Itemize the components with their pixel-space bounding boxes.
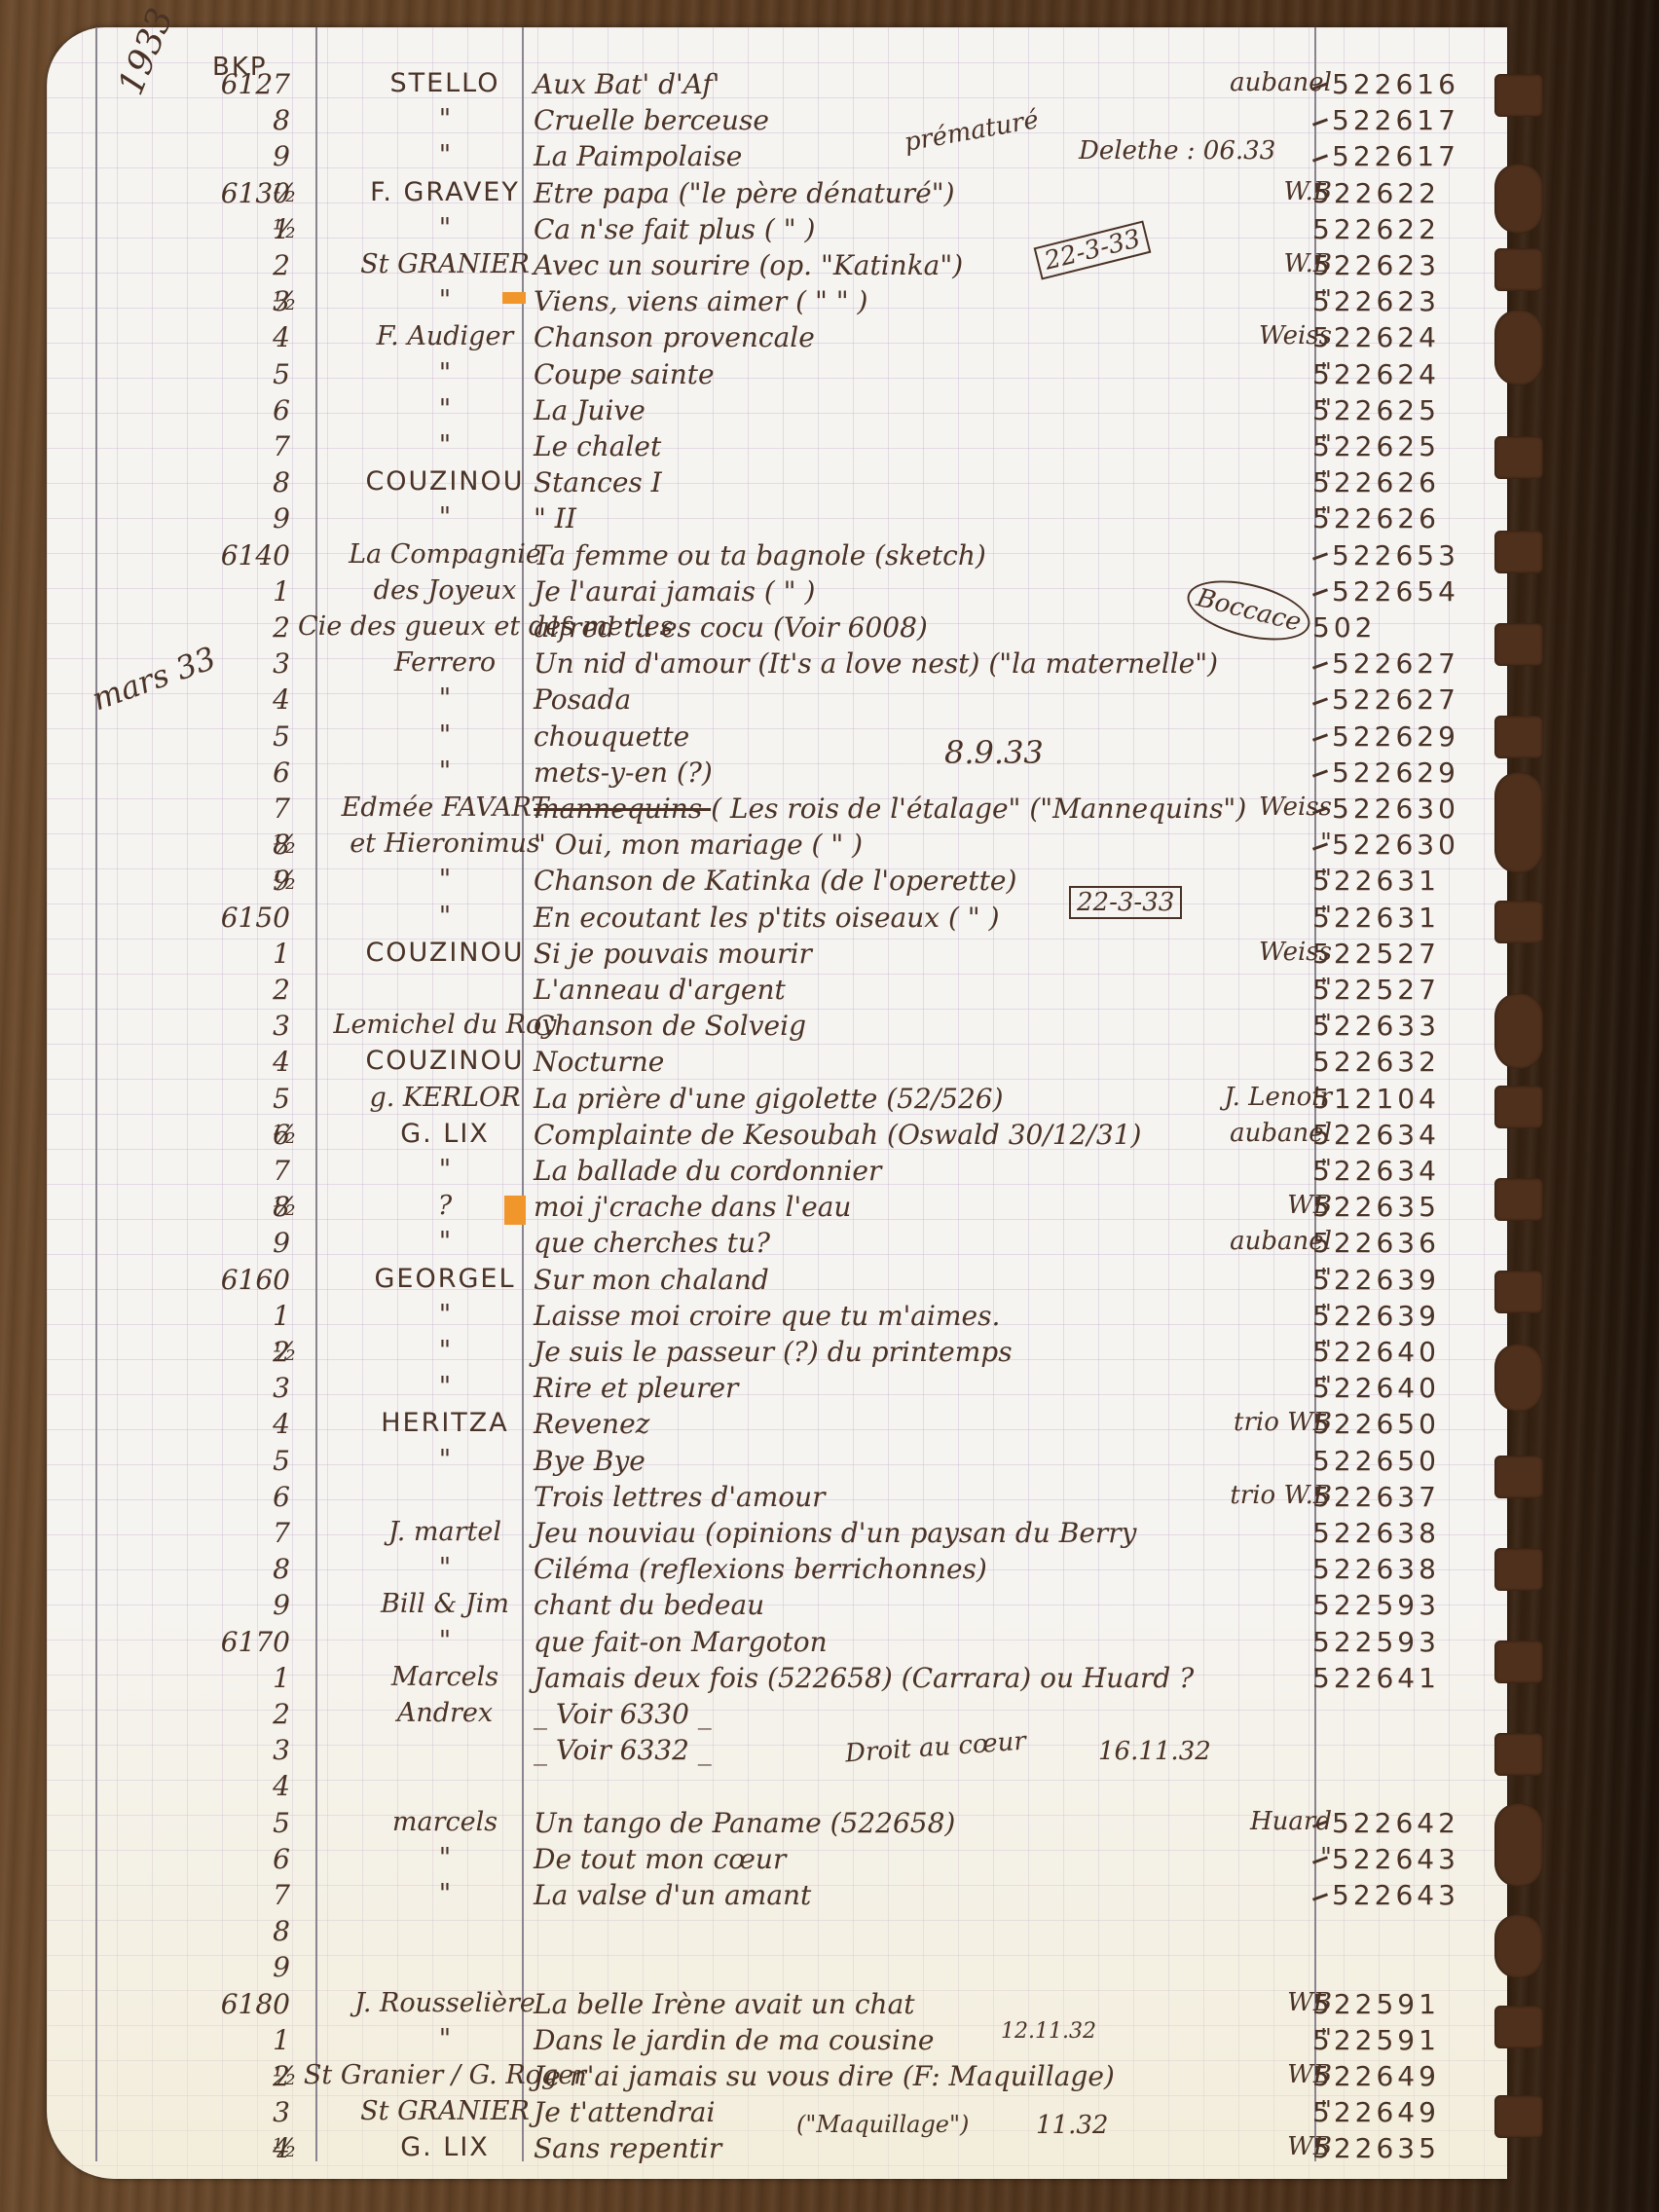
binder-hole [1494, 2006, 1543, 2048]
matrix-number-value: 522634 [1312, 1119, 1440, 1151]
title-text: Nocturne [534, 1046, 664, 1078]
struck-title: mannequins [534, 793, 711, 825]
song-title: Aux Bat' d'Af' [534, 68, 1215, 100]
title-text: Un nid d'amour (It's a love nest) ("la m… [534, 647, 1218, 680]
ledger-row: 6Trois lettres d'amourtrio W.B522637 [47, 1481, 1507, 1517]
ledger-row: 4½G. LIXSans repentirWB522635 [47, 2132, 1507, 2168]
matrix-number-value: 522637 [1312, 1481, 1440, 1513]
title-text: Coupe sainte [534, 358, 715, 390]
title-text: Laisse moi croire que tu m'aimes. [534, 1300, 1000, 1332]
matrix-number: 522630 [1312, 793, 1488, 825]
song-title: Chanson de Solveig [534, 1010, 1215, 1042]
song-title: Coupe sainte [534, 358, 1215, 390]
matrix-number: 522633 [1312, 1010, 1488, 1042]
matrix-number: 522622 [1312, 177, 1488, 209]
check-dash-mark [1312, 770, 1328, 778]
binder-hole [1494, 310, 1543, 386]
matrix-number: 522643 [1312, 1879, 1488, 1911]
matrix-number: 522593 [1312, 1626, 1488, 1658]
matrix-number-value: 522654 [1332, 575, 1459, 608]
matrix-number: 522626 [1312, 466, 1488, 498]
matrix-number: 522624 [1312, 321, 1488, 353]
matrix-number-value: 522629 [1332, 756, 1459, 789]
matrix-number: 522641 [1312, 1662, 1488, 1694]
matrix-number: 522629 [1312, 720, 1488, 753]
title-text: La prière d'une gigolette (52/526) [534, 1083, 1004, 1115]
title-text: " II [534, 502, 576, 535]
matrix-number-value: 522625 [1312, 394, 1440, 426]
title-text: Je suis le passeur (?) du printemps [534, 1336, 1013, 1368]
catalogue-number: 1 [173, 938, 290, 970]
matrix-number-value: 522626 [1312, 502, 1440, 535]
catalogue-number: 5 [173, 1083, 290, 1115]
song-title: Laisse moi croire que tu m'aimes. [534, 1300, 1215, 1332]
binder-hole [1494, 436, 1543, 479]
title-text: L'anneau d'argent [534, 974, 786, 1006]
check-dash-mark [1312, 1857, 1328, 1864]
title-text: La ballade du cordonnier [534, 1155, 881, 1187]
publisher: " [1196, 502, 1332, 532]
ledger-row: 6170"que fait-on Margoton522593 [47, 1626, 1507, 1662]
matrix-number-value: 522638 [1312, 1517, 1440, 1549]
matrix-number-value: 522650 [1312, 1408, 1440, 1440]
title-text: La belle Irène avait un chat [534, 1988, 915, 2020]
catalogue-number: 6180 [173, 1988, 290, 2020]
check-dash-mark [1312, 118, 1328, 126]
matrix-number-value: 522631 [1312, 902, 1440, 934]
publisher: " [1196, 902, 1332, 931]
catalogue-number: 7 [173, 1517, 290, 1549]
ledger-row: 4 [47, 1770, 1507, 1806]
song-title: Ta femme ou ta bagnole (sketch) [534, 539, 1215, 571]
ledger-row: 2½St Granier / G. RogerJe n'ai jamais su… [47, 2060, 1507, 2096]
publisher: " [1196, 974, 1332, 1003]
matrix-number-value: 522639 [1312, 1264, 1440, 1296]
title-text: Bye Bye [534, 1445, 645, 1477]
matrix-number-value: 522649 [1312, 2060, 1440, 2092]
matrix-number-value: 522635 [1312, 1191, 1440, 1223]
song-title: chant du bedeau [534, 1589, 1215, 1621]
matrix-number: 522622 [1312, 213, 1488, 245]
matrix-number-value: 512104 [1312, 1083, 1440, 1115]
song-title: Sur mon chaland [534, 1264, 1215, 1296]
ledger-row: 9 [47, 1951, 1507, 1987]
annotation-delethe: Delethe : 06.33 [1079, 136, 1275, 166]
title-text: Aux Bat' d'Af' [534, 68, 719, 100]
check-dash-mark [1312, 82, 1328, 90]
catalogue-number: 3 [173, 1734, 290, 1766]
publisher: " [1196, 1264, 1332, 1293]
publisher: Weiss [1196, 938, 1332, 967]
song-title: Viens, viens aimer ( " " ) [534, 285, 1215, 317]
publisher: J. Lenoir [1196, 1083, 1332, 1112]
matrix-number: 522649 [1312, 2060, 1488, 2092]
song-title: Je l'aurai jamais ( " ) [534, 575, 1215, 608]
matrix-number: 522591 [1312, 2024, 1488, 2056]
matrix-number-value: 502 [1312, 611, 1376, 644]
catalogue-number: 4 [173, 683, 290, 716]
matrix-number: 522627 [1312, 647, 1488, 680]
ledger-row: 7"La ballade du cordonnier"522634 [47, 1155, 1507, 1191]
title-text: Rire et pleurer [534, 1372, 738, 1404]
catalogue-number: 3 [173, 1372, 290, 1404]
matrix-number-value: 522632 [1312, 1046, 1440, 1078]
matrix-number: 522638 [1312, 1553, 1488, 1585]
matrix-number-value: 522626 [1312, 466, 1440, 498]
song-title: Si je pouvais mourir [534, 938, 1215, 970]
publisher: " [1196, 2096, 1332, 2125]
binder-hole [1494, 1641, 1543, 1683]
catalogue-number: 6170 [173, 1626, 290, 1658]
catalogue-number: 3 [173, 647, 290, 680]
annotation-date-box: 22-3-33 [1069, 886, 1182, 919]
title-text: Sur mon chaland [534, 1264, 769, 1296]
ledger-row: 1"Laisse moi croire que tu m'aimes."5226… [47, 1300, 1507, 1336]
catalogue-number: 7 [173, 793, 290, 825]
catalogue-number: 6 [173, 1843, 290, 1875]
matrix-number: 512104 [1312, 1083, 1488, 1115]
song-title: que fait-on Margoton [534, 1626, 1215, 1658]
song-title: " Oui, mon mariage ( " ) [534, 829, 1215, 861]
title-text: Viens, viens aimer ( " " ) [534, 285, 867, 317]
song-title: La valse d'un amant [534, 1879, 1215, 1911]
matrix-number-value: 522623 [1312, 285, 1440, 317]
check-dash-mark [1312, 806, 1328, 814]
catalogue-number: 5 [173, 1807, 290, 1839]
title-text: chouquette [534, 720, 689, 753]
ledger-row: 2½"Je suis le passeur (?) du printemps"5… [47, 1336, 1507, 1372]
catalogue-number: 7 [173, 1879, 290, 1911]
matrix-number-value: 522635 [1312, 2132, 1440, 2164]
ledger-row: 6160GEORGELSur mon chaland"522639 [47, 1264, 1507, 1300]
matrix-number-value: 522631 [1312, 865, 1440, 897]
song-title: moi j'crache dans l'eau [534, 1191, 1215, 1223]
binder-hole [1494, 164, 1543, 234]
matrix-number: 522636 [1312, 1227, 1488, 1259]
matrix-number: 522640 [1312, 1336, 1488, 1368]
matrix-number-value: 522640 [1312, 1372, 1440, 1404]
publisher: " [1196, 430, 1332, 460]
catalogue-number: 7 [173, 430, 290, 462]
title-text: Stances I [534, 466, 662, 498]
matrix-number-value: 522630 [1332, 829, 1459, 861]
publisher: " [1196, 394, 1332, 424]
annotation-date-maternelle: 8.9.33 [944, 734, 1044, 771]
matrix-number: 522643 [1312, 1843, 1488, 1875]
matrix-number-value: 522641 [1312, 1662, 1440, 1694]
title-text: Etre papa ("le père dénaturé") [534, 177, 955, 209]
song-title: La ballade du cordonnier [534, 1155, 1215, 1187]
ledger-row: 2St GRANIERAvec un sourire (op. "Katinka… [47, 249, 1507, 285]
ledger-row: 6180J. RousselièreLa belle Irène avait u… [47, 1988, 1507, 2024]
title-text: Chanson de Katinka (de l'operette) [534, 865, 1016, 897]
publisher: " [1196, 358, 1332, 387]
song-title: Posada [534, 683, 1215, 716]
title-text: chant du bedeau [534, 1589, 764, 1621]
publisher: " [1196, 829, 1332, 858]
binder-hole [1494, 2095, 1543, 2138]
catalogue-number: 7 [173, 1155, 290, 1187]
ledger-row: 4"Posada522627 [47, 683, 1507, 719]
matrix-number: 522635 [1312, 1191, 1488, 1223]
publisher: aubanel [1196, 1227, 1332, 1256]
matrix-number: 522625 [1312, 394, 1488, 426]
title-text: En ecoutant les p'tits oiseaux ( " ) [534, 902, 1000, 934]
matrix-number: 522650 [1312, 1445, 1488, 1477]
ledger-row: 3_ Voir 6332 _ [47, 1734, 1507, 1770]
matrix-number-value: 522634 [1312, 1155, 1440, 1187]
title-text: De tout mon cœur [534, 1843, 786, 1875]
matrix-number: 522649 [1312, 2096, 1488, 2128]
matrix-number: 522625 [1312, 430, 1488, 462]
title-text: Ta femme ou ta bagnole (sketch) [534, 539, 986, 571]
ledger-row: 6150"En ecoutant les p'tits oiseaux ( " … [47, 902, 1507, 938]
matrix-number-value: 522640 [1312, 1336, 1440, 1368]
matrix-number-value: 522643 [1332, 1879, 1459, 1911]
matrix-number-value: 522622 [1312, 177, 1440, 209]
ledger-row: 9½"Chanson de Katinka (de l'operette)"52… [47, 865, 1507, 901]
catalogue-number: 2 [173, 974, 290, 1006]
ledger-row: 1"Dans le jardin de ma cousine"522591 [47, 2024, 1507, 2060]
ledger-row: 8½?moi j'crache dans l'eauWB522635 [47, 1191, 1507, 1227]
matrix-number: 522654 [1312, 575, 1488, 608]
ledger-row: 7Edmée FAVARTmannequins ( Les rois de l'… [47, 793, 1507, 829]
ledger-row: 3½"Viens, viens aimer ( " " )"522623 [47, 285, 1507, 321]
ledger-row: 4F. AudigerChanson provencaleWeiss522624 [47, 321, 1507, 357]
song-title: Je suis le passeur (?) du printemps [534, 1336, 1215, 1368]
binder-hole [1494, 1456, 1543, 1498]
publisher: W.B [1196, 177, 1332, 206]
binder-hole [1494, 1914, 1543, 1978]
title-text: Je t'attendrai [534, 2096, 715, 2128]
catalogue-number: 3 [173, 2096, 290, 2128]
matrix-number-value: 522617 [1332, 140, 1459, 172]
title-text: Ciléma (reflexions berrichonnes) [534, 1553, 987, 1585]
matrix-number-value: 522527 [1312, 974, 1440, 1006]
publisher: " [1196, 1843, 1332, 1872]
publisher: " [1196, 2024, 1332, 2053]
binder-hole [1494, 1548, 1543, 1591]
matrix-number-value: 522629 [1332, 720, 1459, 753]
ledger-row: 2L'anneau d'argent"522527 [47, 974, 1507, 1010]
song-title: Complainte de Kesoubah (Oswald 30/12/31) [534, 1119, 1215, 1151]
matrix-number-value: 522639 [1312, 1300, 1440, 1332]
song-title: Jamais deux fois (522658) (Carrara) ou H… [534, 1662, 1215, 1694]
matrix-number-value: 522591 [1312, 2024, 1440, 2056]
catalogue-number: 1 [173, 575, 290, 608]
ledger-row: 3FerreroUn nid d'amour (It's a love nest… [47, 647, 1507, 683]
binder-hole [1494, 716, 1543, 758]
catalogue-number: 4 [173, 1046, 290, 1078]
title-text: Avec un sourire (op. "Katinka") [534, 249, 963, 281]
ledger-row: 6140La CompagnieTa femme ou ta bagnole (… [47, 539, 1507, 575]
ledger-row: 3"Rire et pleurer"522640 [47, 1372, 1507, 1408]
title-text: Je n'ai jamais su vous dire (F: Maquilla… [534, 2060, 1115, 2092]
publisher: WB [1196, 2132, 1332, 2161]
ledger-row: 1½"Ca n'se fait plus ( " )522622 [47, 213, 1507, 249]
matrix-number: 522650 [1312, 1408, 1488, 1440]
song-title: Un nid d'amour (It's a love nest) ("la m… [534, 647, 1215, 680]
catalogue-number: 2 [173, 249, 290, 281]
publisher: " [1196, 1155, 1332, 1184]
song-title: La prière d'une gigolette (52/526) [534, 1083, 1215, 1115]
binder-hole [1494, 1803, 1543, 1887]
catalogue-number: 5 [173, 1445, 290, 1477]
song-title: La Juive [534, 394, 1215, 426]
matrix-number: 522653 [1312, 539, 1488, 571]
matrix-number: 522635 [1312, 2132, 1488, 2164]
publisher: aubanel [1196, 68, 1332, 97]
catalogue-number: 8 [173, 1915, 290, 1947]
song-title: Stances I [534, 466, 1215, 498]
matrix-number: 522639 [1312, 1264, 1488, 1296]
ledger-row: 8"Ciléma (reflexions berrichonnes)522638 [47, 1553, 1507, 1589]
title-text: que cherches tu? [534, 1227, 770, 1259]
matrix-number: 522638 [1312, 1517, 1488, 1549]
publisher: Huard [1196, 1807, 1332, 1836]
ledger-row: 8COUZINOUStances I"522626 [47, 466, 1507, 502]
ledger-row: 8½et Hieronimus" Oui, mon mariage ( " )"… [47, 829, 1507, 865]
title-text: ( Les rois de l'étalage" ("Mannequins") [711, 793, 1246, 825]
song-title: Dans le jardin de ma cousine [534, 2024, 1215, 2056]
matrix-number-value: 522591 [1312, 1988, 1440, 2020]
ledger-row: 5"chouquette522629 [47, 720, 1507, 756]
song-title: Ciléma (reflexions berrichonnes) [534, 1553, 1215, 1585]
title-text: Sans repentir [534, 2132, 721, 2164]
notebook-page: 1933 BKP mars 33 6127STELLOAux Bat' d'Af… [47, 27, 1507, 2179]
matrix-number: 522626 [1312, 502, 1488, 535]
ledger-row: 8 [47, 1915, 1507, 1951]
title-text: Revenez [534, 1408, 649, 1440]
matrix-number: 522616 [1312, 68, 1488, 100]
song-title: _ Voir 6330 _ [534, 1698, 1215, 1730]
catalogue-number: 9 [173, 502, 290, 535]
publisher: Weiss [1196, 321, 1332, 350]
matrix-number: 522623 [1312, 249, 1488, 281]
matrix-number-value: 522623 [1312, 249, 1440, 281]
ledger-row: 7"La valse d'un amant522643 [47, 1879, 1507, 1915]
ledger-row: 7J. martelJeu nouviau (opinions d'un pay… [47, 1517, 1507, 1553]
song-title: Revenez [534, 1408, 1215, 1440]
title-text: alfred tu es cocu (Voir 6008) [534, 611, 928, 644]
ledger-row: 5g. KERLORLa prière d'une gigolette (52/… [47, 1083, 1507, 1119]
binder-hole [1494, 1178, 1543, 1221]
matrix-number: 522624 [1312, 358, 1488, 390]
matrix-number: 522642 [1312, 1807, 1488, 1839]
catalogue-number: 4 [173, 321, 290, 353]
publisher: trio WB [1196, 1408, 1332, 1437]
title-text: Chanson de Solveig [534, 1010, 806, 1042]
song-title: que cherches tu? [534, 1227, 1215, 1259]
ledger-row: 5"Bye Bye522650 [47, 1445, 1507, 1481]
matrix-number: 522631 [1312, 865, 1488, 897]
song-title: Jeu nouviau (opinions d'un paysan du Ber… [534, 1517, 1215, 1549]
matrix-number: 522623 [1312, 285, 1488, 317]
catalogue-number: 1 [173, 1300, 290, 1332]
orange-highlight-mark [504, 1196, 526, 1225]
matrix-number: 522627 [1312, 683, 1488, 716]
publisher: WB [1196, 1988, 1332, 2017]
binder-hole [1494, 1344, 1543, 1412]
publisher: Weiss [1196, 793, 1332, 822]
publisher: WB [1196, 2060, 1332, 2089]
matrix-number-value: 522633 [1312, 1010, 1440, 1042]
catalogue-number: 6 [173, 394, 290, 426]
catalogue-number: 5 [173, 358, 290, 390]
title-text: _ Voir 6332 _ [534, 1734, 712, 1766]
ledger-row: 6127STELLOAux Bat' d'Af'aubanel522616 [47, 68, 1507, 104]
ledger-row: 6130½F. GRAVEYEtre papa ("le père dénatu… [47, 177, 1507, 213]
song-title: Cruelle berceuse [534, 104, 1215, 136]
catalogue-number: 4 [173, 1770, 290, 1802]
ledger-row: 3St GRANIERJe t'attendrai"522649 [47, 2096, 1507, 2132]
matrix-number: 522640 [1312, 1372, 1488, 1404]
ledger-row: 6½G. LIXComplainte de Kesoubah (Oswald 3… [47, 1119, 1507, 1155]
publisher: aubanel [1196, 1119, 1332, 1148]
matrix-number: 522634 [1312, 1119, 1488, 1151]
matrix-number-value: 522649 [1312, 2096, 1440, 2128]
title-text: Si je pouvais mourir [534, 938, 812, 970]
song-title: Je n'ai jamais su vous dire (F: Maquilla… [534, 2060, 1215, 2092]
matrix-number: 522617 [1312, 104, 1488, 136]
title-text: Un tango de Paname (522658) [534, 1807, 955, 1839]
matrix-number-value: 522642 [1332, 1807, 1459, 1839]
ledger-row: 6"De tout mon cœur"522643 [47, 1843, 1507, 1879]
publisher: " [1196, 466, 1332, 496]
ledger-row: 4COUZINOUNocturne522632 [47, 1046, 1507, 1082]
ledger-row: 2Andrex_ Voir 6330 _ [47, 1698, 1507, 1734]
binder-hole [1494, 772, 1543, 873]
title-text: Jamais deux fois (522658) (Carrara) ou H… [534, 1662, 1194, 1694]
ledger-row: 1COUZINOUSi je pouvais mourirWeiss522527 [47, 938, 1507, 974]
song-title: Etre papa ("le père dénaturé") [534, 177, 1215, 209]
title-text: Cruelle berceuse [534, 104, 769, 136]
catalogue-number: 8 [173, 466, 290, 498]
title-text: Jeu nouviau (opinions d'un paysan du Ber… [534, 1517, 1136, 1549]
publisher: " [1196, 1372, 1332, 1401]
binder-hole [1494, 901, 1543, 943]
matrix-number-value: 522616 [1332, 68, 1459, 100]
ledger-row: 1MarcelsJamais deux fois (522658) (Carra… [47, 1662, 1507, 1698]
ledger-row: 9"que cherches tu?aubanel522636 [47, 1227, 1507, 1263]
title-text: " Oui, mon mariage ( " ) [534, 829, 863, 861]
publisher: " [1196, 285, 1332, 314]
catalogue-number: 3 [173, 1010, 290, 1042]
ledger-row: 4HERITZAReveneztrio WB522650 [47, 1408, 1507, 1444]
ledger-row: 6"mets-y-en (?)522629 [47, 756, 1507, 793]
ledger-row: 9"" II"522626 [47, 502, 1507, 538]
publisher: " [1196, 1336, 1332, 1365]
check-dash-mark [1312, 733, 1328, 741]
binder-hole [1494, 1086, 1543, 1128]
matrix-number-value: 522650 [1312, 1445, 1440, 1477]
song-title: Un tango de Paname (522658) [534, 1807, 1215, 1839]
binder-hole [1494, 531, 1543, 573]
catalogue-number: 6127 [173, 68, 290, 100]
song-title: Le chalet [534, 430, 1215, 462]
annotation-date-coeur: 16.11.32 [1098, 1737, 1211, 1766]
song-title: mets-y-en (?) [534, 756, 1215, 789]
song-title: La belle Irène avait un chat [534, 1988, 1215, 2020]
check-dash-mark [1312, 697, 1328, 705]
matrix-number: 522629 [1312, 756, 1488, 789]
binder-hole [1494, 623, 1543, 666]
check-dash-mark [1312, 1820, 1328, 1827]
binder-hole [1494, 1271, 1543, 1313]
matrix-number: 522527 [1312, 938, 1488, 970]
matrix-number: 522631 [1312, 902, 1488, 934]
matrix-number-value: 522627 [1332, 683, 1459, 716]
